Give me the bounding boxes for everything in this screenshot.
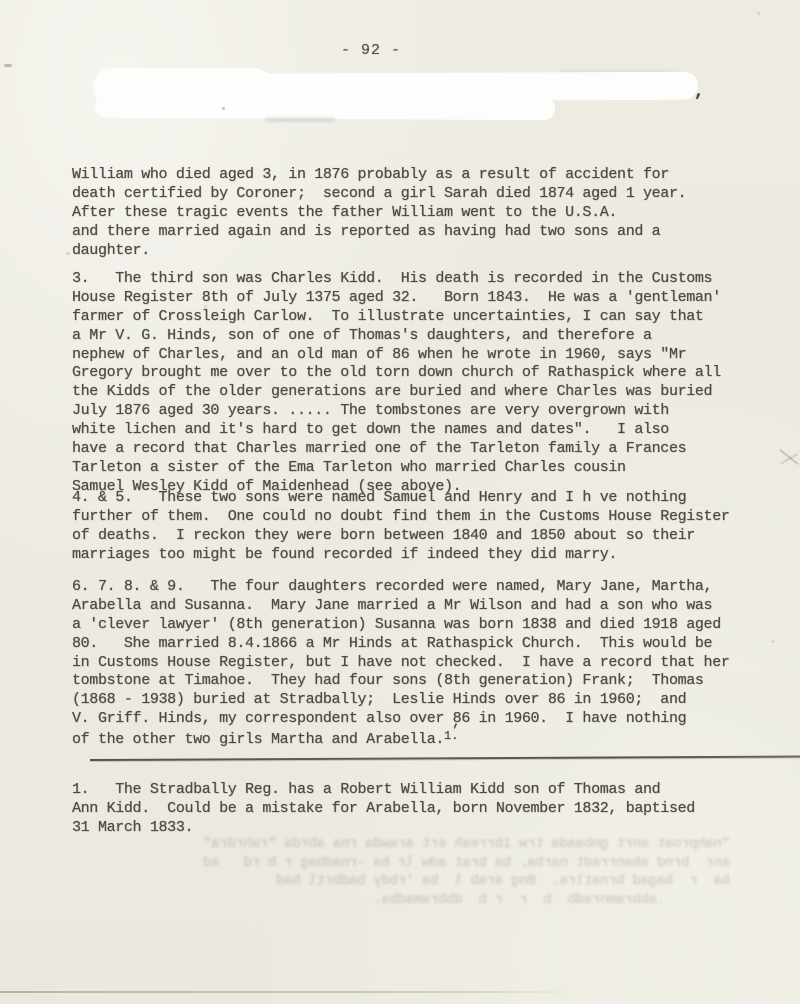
text-line: a 'clever lawyer' (8th generation) Susan…	[72, 616, 730, 635]
scan-speck	[204, 305, 207, 308]
paragraph-6-9-last-line: of the other two girls Martha and Arabel…	[72, 729, 458, 748]
bleedthrough-text: "nahproat anrt gnbaada trw ibrreah ert a…	[80, 835, 730, 909]
stray-typed-comma: ,	[452, 714, 461, 731]
leftover-comma: ,	[694, 83, 704, 102]
text-line: 1. The Stradbally Reg. has a Robert Will…	[72, 781, 695, 800]
text-line: a Mr V. G. Hinds, son of one of Thomas's…	[72, 327, 721, 346]
paragraph-4-5-samuel-henry: 4. & 5. These two sons were named Samuel…	[72, 489, 730, 565]
text-line: 4. & 5. These two sons were named Samuel…	[72, 489, 730, 508]
paragraph-william-children: William who died aged 3, in 1876 probabl…	[72, 166, 686, 260]
text-line: William who died aged 3, in 1876 probabl…	[72, 166, 686, 185]
scanned-document-page: - 92 - , William who died aged 3, in 187…	[0, 0, 800, 1004]
footnote-text: 1. The Stradbally Reg. has a Robert Will…	[72, 781, 695, 838]
scan-edge-line	[0, 991, 575, 993]
text-line: Gregory brought me over to the old torn …	[72, 364, 721, 383]
text-line: of deaths. I reckon they were born betwe…	[72, 527, 730, 546]
text-line: white lichen and it's hard to get down t…	[72, 421, 721, 440]
paragraph-6-9-daughters: 6. 7. 8. & 9. The four daughters recorde…	[72, 578, 730, 729]
footnote-reference-marker: 1.	[444, 729, 458, 743]
text-line: 80. She married 8.4.1866 a Mr Hinds at R…	[72, 635, 730, 654]
text-line: Arabella and Susanna. Mary Jane married …	[72, 597, 730, 616]
scan-speck	[4, 64, 12, 67]
text-line: in Customs House Register, but I have no…	[72, 654, 730, 673]
text-line: .abbramnradb b r r b dbbramadba.	[80, 891, 730, 910]
text-line: and there married again and is reported …	[72, 223, 686, 242]
text-line: V. Griff. Hinds, my correspondent also o…	[72, 710, 730, 729]
text-line: daughter.	[72, 242, 686, 261]
text-line: farmer of Crossleigh Carlow. To illustra…	[72, 308, 721, 327]
text-line: tombstone at Timahoe. They had four sons…	[72, 672, 730, 691]
text-line: Ann Kidd. Could be a mistake for Arabell…	[72, 800, 695, 819]
text-line: anr brnd abanrradt narba, ba brat adw lr…	[80, 854, 730, 873]
text-line: House Register 8th of July 1375 aged 32.…	[72, 289, 721, 308]
text-line: nephew of Charles, and an old man of 86 …	[72, 346, 721, 365]
scan-speck	[66, 252, 70, 255]
paragraph-3-charles-kidd: 3. The third son was Charles Kidd. His d…	[72, 270, 721, 497]
whiteout-blob	[420, 100, 555, 116]
text-line: further of them. One could no doubt find…	[72, 508, 730, 527]
text-line: Tarleton a sister of the Ema Tarleton wh…	[72, 459, 721, 478]
last-line-text: of the other two girls Martha and Arabel…	[72, 731, 444, 748]
text-line: "nahproat anrt gnbaada trw ibrreah ert a…	[80, 835, 730, 854]
text-line: the Kidds of the older generations are b…	[72, 383, 721, 402]
text-line: marriages too might be found recorded if…	[72, 546, 730, 565]
redaction-smudge	[265, 118, 335, 121]
text-line: 3. The third son was Charles Kidd. His d…	[72, 270, 721, 289]
scan-speck	[757, 12, 760, 15]
text-line: ba r bagad brnatlra. Bng arab l ba 'rbdy…	[80, 872, 730, 891]
text-line: have a record that Charles married one o…	[72, 440, 721, 459]
text-line: death certified by Coroner; second a gir…	[72, 185, 686, 204]
scan-speck	[771, 640, 775, 643]
text-line: After these tragic events the father Wil…	[72, 204, 686, 223]
text-line: 6. 7. 8. & 9. The four daughters recorde…	[72, 578, 730, 597]
text-line: (1868 - 1938) buried at Stradbally; Lesl…	[72, 691, 730, 710]
scan-speck	[222, 107, 225, 110]
footnote-divider-line	[90, 756, 800, 762]
text-line: July 1876 aged 30 years. ..... The tombs…	[72, 402, 721, 421]
page-number: - 92 -	[341, 42, 401, 59]
